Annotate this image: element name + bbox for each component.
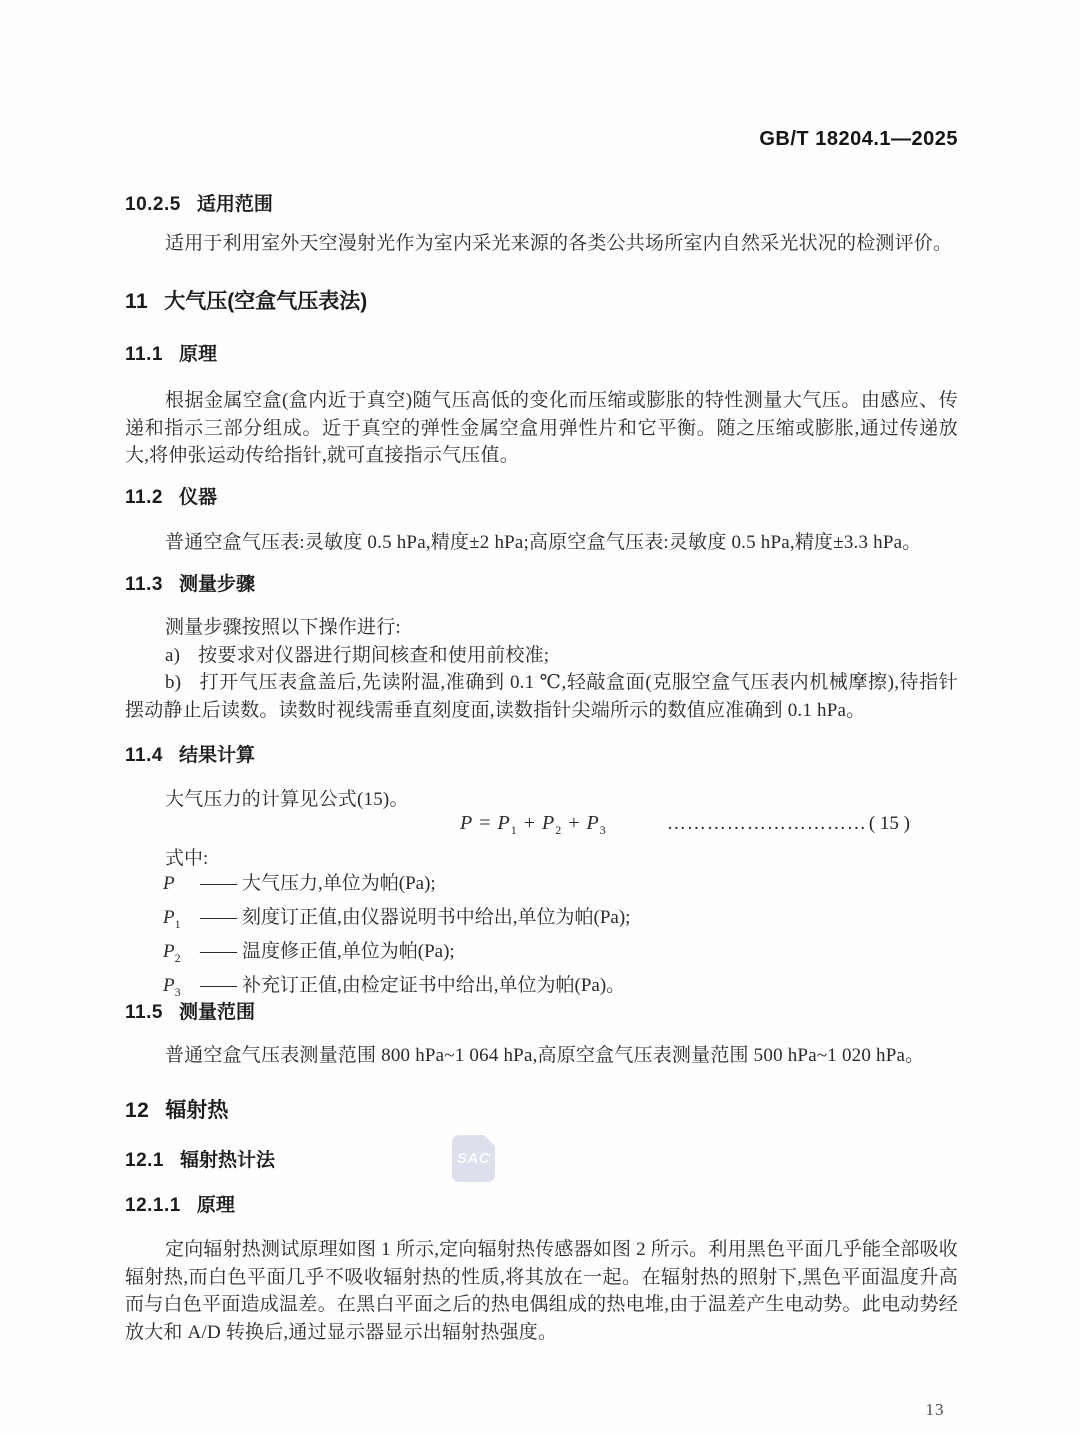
section-heading-11-3: 11.3测量步骤	[125, 572, 958, 597]
symbol: P2	[163, 938, 200, 972]
section-title: 测量范围	[179, 1002, 255, 1023]
section-number: 12.1.1	[125, 1195, 181, 1216]
symbol-description: 大气压力,单位为帕(Pa);	[242, 870, 436, 898]
document-page: GB/T 18204.1—2025 10.2.5适用范围 适用于利用室外天空漫射…	[0, 0, 1080, 1433]
section-title: 原理	[179, 344, 217, 365]
em-dash: ——	[200, 870, 236, 898]
section-heading-11-5: 11.5测量范围	[125, 1000, 958, 1025]
em-dash: ——	[200, 904, 236, 932]
chapter-title: 辐射热	[165, 1099, 228, 1122]
section-heading-12-1-1: 12.1.1原理	[125, 1193, 958, 1218]
paragraph-instrument: 普通空盒气压表:灵敏度 0.5 hPa,精度±2 hPa;高原空盒气压表:灵敏度…	[125, 529, 958, 557]
symbol-description: 刻度订正值,由仪器说明书中给出,单位为帕(Pa);	[242, 904, 630, 932]
section-title: 测量步骤	[179, 574, 255, 595]
list-text-a: 按要求对仪器进行期间核查和使用前校准;	[198, 645, 549, 666]
section-number: 11.2	[125, 487, 163, 508]
section-number: 11.4	[125, 745, 163, 766]
symbol-row-p1: P1 —— 刻度订正值,由仪器说明书中给出,单位为帕(Pa);	[125, 904, 958, 938]
list-item-b: b)打开气压表盒盖后,先读附温,准确到 0.1 ℃,轻敲盒面(克服空盒气压表内机…	[125, 669, 958, 724]
section-number: 12.1	[125, 1150, 164, 1171]
chapter-number: 11	[125, 290, 148, 313]
section-number: 11.1	[125, 344, 163, 365]
paragraph-principle-12: 定向辐射热测试原理如图 1 所示,定向辐射热传感器如图 2 所示。利用黑色平面几…	[125, 1236, 958, 1346]
paragraph-formula-intro: 大气压力的计算见公式(15)。	[125, 786, 958, 814]
paragraph-steps-intro: 测量步骤按照以下操作进行:	[125, 614, 958, 642]
section-heading-10-2-5: 10.2.5适用范围	[125, 192, 958, 217]
where-label: 式中:	[125, 845, 958, 873]
list-label-a: a)	[165, 645, 180, 666]
list-text-b: 打开气压表盒盖后,先读附温,准确到 0.1 ℃,轻敲盒面(克服空盒气压表内机械摩…	[125, 672, 958, 721]
section-title: 结果计算	[179, 745, 255, 766]
dotted-leader: …………………………	[667, 813, 867, 834]
section-number: 10.2.5	[125, 194, 181, 215]
em-dash: ——	[200, 938, 236, 966]
section-title: 原理	[197, 1195, 235, 1216]
document-code-header: GB/T 18204.1—2025	[125, 128, 958, 151]
section-heading-11-1: 11.1原理	[125, 342, 958, 367]
list-label-b: b)	[165, 672, 181, 693]
chapter-heading-12: 12辐射热	[125, 1097, 958, 1124]
section-number: 11.3	[125, 574, 163, 595]
section-title: 仪器	[179, 487, 217, 508]
symbol-row-p2: P2 —— 温度修正值,单位为帕(Pa);	[125, 938, 958, 972]
chapter-title: 大气压(空盒气压表法)	[164, 290, 367, 313]
section-heading-12-1: 12.1辐射热计法	[125, 1148, 958, 1173]
list-item-a: a)按要求对仪器进行期间核查和使用前校准;	[125, 642, 958, 670]
symbol-description: 温度修正值,单位为帕(Pa);	[242, 938, 455, 966]
symbol: P1	[163, 904, 200, 938]
section-heading-11-2: 11.2仪器	[125, 485, 958, 510]
symbol-definitions: P —— 大气压力,单位为帕(Pa); P1 —— 刻度订正值,由仪器说明书中给…	[125, 870, 958, 1006]
section-heading-11-4: 11.4结果计算	[125, 743, 958, 768]
symbol-row-p: P —— 大气压力,单位为帕(Pa);	[125, 870, 958, 904]
chapter-number: 12	[125, 1099, 149, 1122]
chapter-heading-11: 11大气压(空盒气压表法)	[125, 288, 958, 315]
formula-number: …………………………( 15 )	[667, 813, 910, 835]
page-number: 13	[905, 1400, 965, 1420]
paragraph-scope: 适用于利用室外天空漫射光作为室内采光来源的各类公共场所室内自然采光状况的检测评价…	[125, 230, 958, 258]
paragraph-principle-11: 根据金属空盒(盒内近于真空)随气压高低的变化而压缩或膨胀的特性测量大气压。由感应…	[125, 387, 958, 470]
symbol-description: 补充订正值,由检定证书中给出,单位为帕(Pa)。	[242, 972, 625, 1000]
paragraph-range: 普通空盒气压表测量范围 800 hPa~1 064 hPa,高原空盒气压表测量范…	[125, 1042, 958, 1070]
formula-expression: P=P1+P2+P3	[460, 812, 607, 838]
formula-15: P=P1+P2+P3 …………………………( 15 )	[125, 812, 958, 838]
em-dash: ——	[200, 972, 236, 1000]
section-number: 11.5	[125, 1002, 163, 1023]
section-title: 辐射热计法	[180, 1150, 275, 1171]
section-title: 适用范围	[197, 194, 273, 215]
symbol: P	[163, 870, 200, 904]
